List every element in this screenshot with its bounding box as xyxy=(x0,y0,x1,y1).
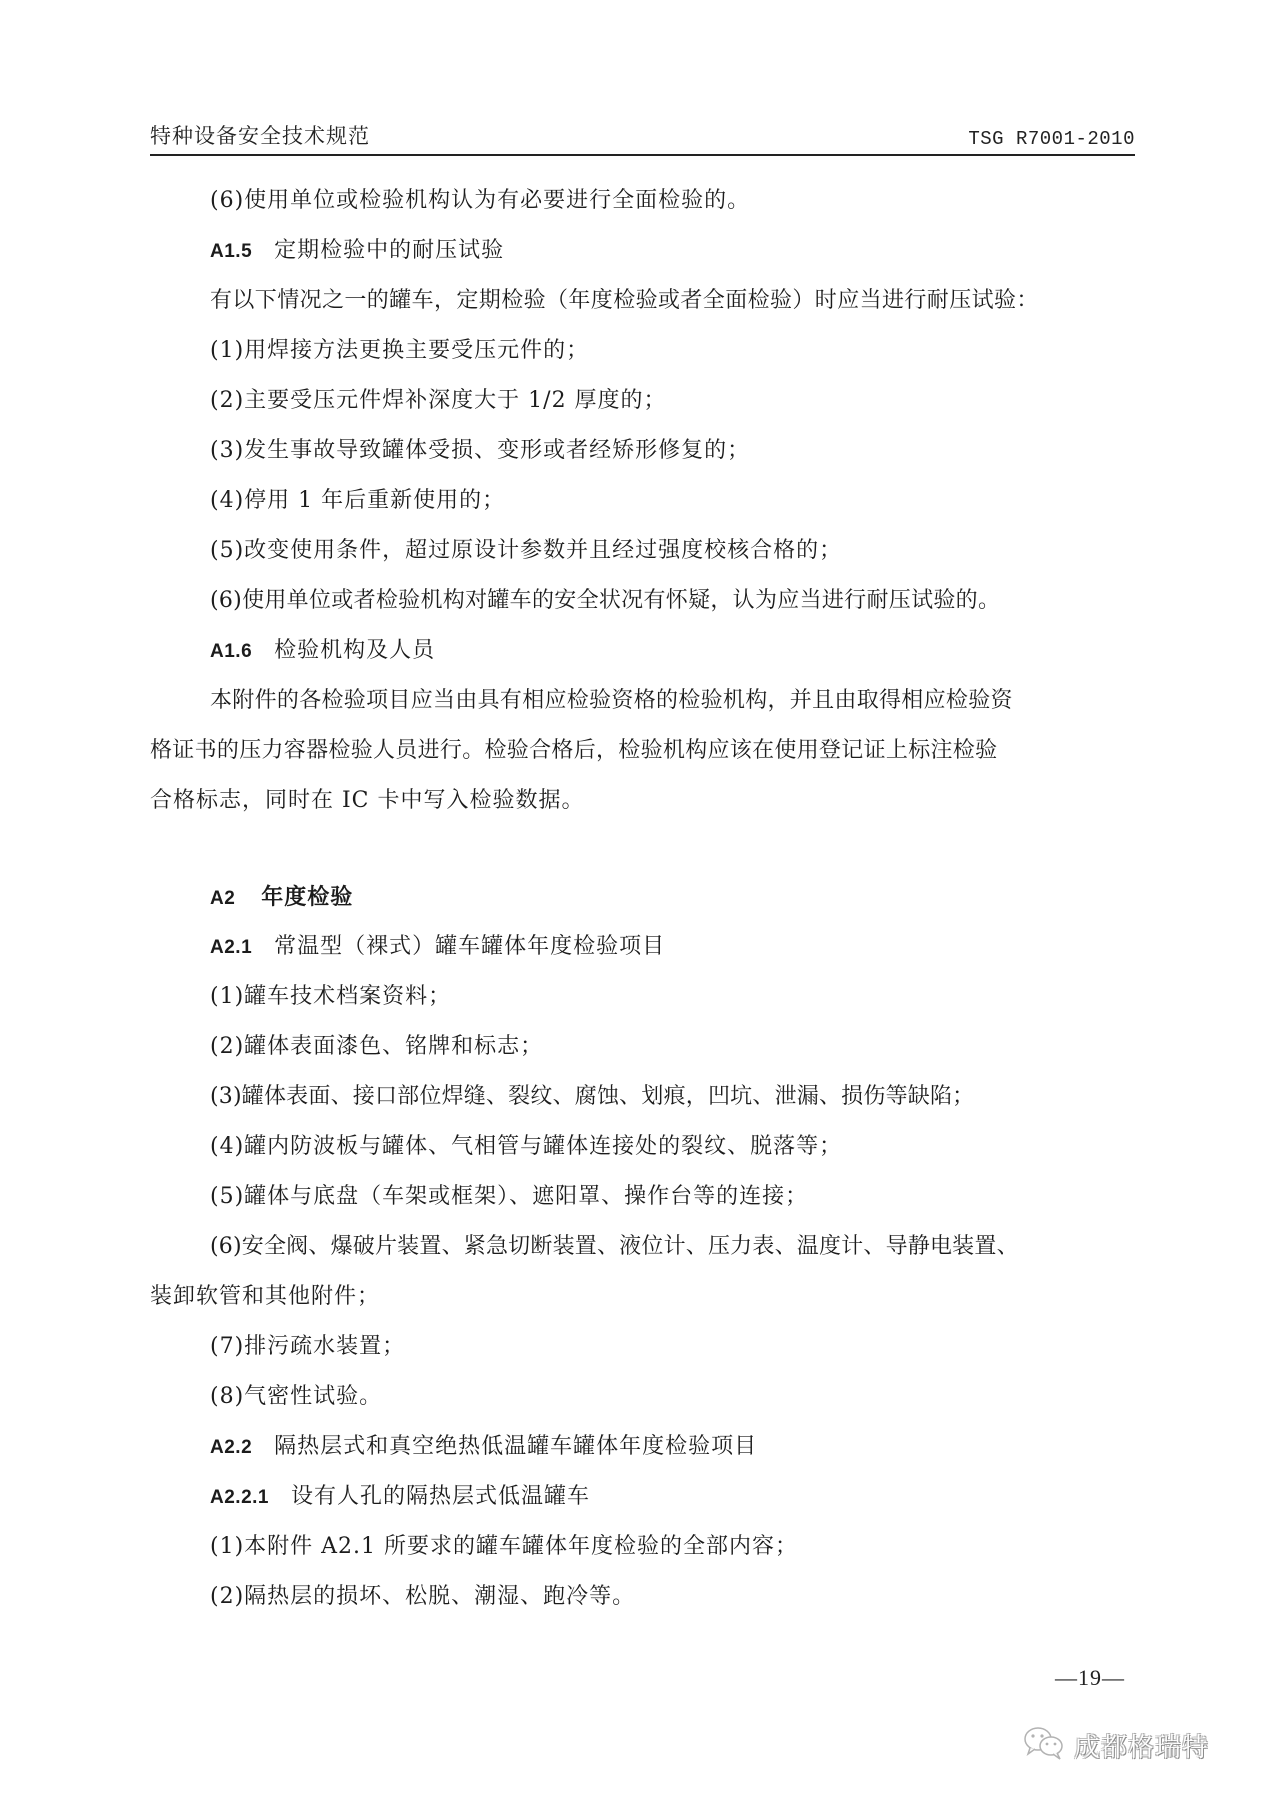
list-item: (1)用焊接方法更换主要受压元件的； xyxy=(150,326,1135,376)
list-item: (4)停用 1 年后重新使用的； xyxy=(150,476,1135,526)
list-item: (3)罐体表面、接口部位焊缝、裂纹、腐蚀、划痕，凹坑、泄漏、损伤等缺陷； xyxy=(150,1072,1135,1122)
section-title: 设有人孔的隔热层式低温罐车 xyxy=(291,1484,590,1509)
section-heading-a2-1: A2.1常温型（裸式）罐车罐体年度检验项目 xyxy=(150,922,1135,972)
section-title: 检验机构及人员 xyxy=(274,638,435,663)
paragraph-a1-6: 本附件的各检验项目应当由具有相应检验资格的检验机构，并且由取得相应检验资 格证书… xyxy=(150,676,1135,826)
section-heading-a1-5: A1.5定期检验中的耐压试验 xyxy=(150,226,1135,276)
list-item: (2)罐体表面漆色、铭牌和标志； xyxy=(150,1022,1135,1072)
page-body: (6)使用单位或检验机构认为有必要进行全面检验的。 A1.5定期检验中的耐压试验… xyxy=(150,176,1135,1622)
section-title: 年度检验 xyxy=(261,884,353,910)
list-item: (2)主要受压元件焊补深度大于 1/2 厚度的； xyxy=(150,376,1135,426)
list-item: (6)安全阀、爆破片装置、紧急切断装置、液位计、压力表、温度计、导静电装置、 xyxy=(150,1222,1135,1272)
list-item: (3)发生事故导致罐体受损、变形或者经矫形修复的； xyxy=(150,426,1135,476)
section-number: A1.5 xyxy=(210,227,252,277)
list-item: (6)使用单位或者检验机构对罐车的安全状况有怀疑，认为应当进行耐压试验的。 xyxy=(150,576,1135,626)
paragraph-line: 合格标志，同时在 IC 卡中写入检验数据。 xyxy=(150,776,1135,826)
section-title: 定期检验中的耐压试验 xyxy=(274,238,504,263)
paragraph-line: 格证书的压力容器检验人员进行。检验合格后，检验机构应该在使用登记证上标注检验 xyxy=(150,726,1135,776)
standard-code: TSG R7001-2010 xyxy=(968,128,1135,150)
section-title: 常温型（裸式）罐车罐体年度检验项目 xyxy=(274,934,665,959)
document-page: 特种设备安全技术规范 TSG R7001-2010 (6)使用单位或检验机构认为… xyxy=(0,0,1280,1810)
section-heading-a2-2: A2.2隔热层式和真空绝热低温罐车罐体年度检验项目 xyxy=(150,1422,1135,1472)
list-item: (8)气密性试验。 xyxy=(150,1372,1135,1422)
section-spacer xyxy=(150,826,1135,872)
section-number: A2.2.1 xyxy=(210,1473,269,1523)
watermark-text: 成都格瑞特 xyxy=(1074,1727,1209,1764)
page-number: —19— xyxy=(1055,1665,1125,1691)
section-title: 隔热层式和真空绝热低温罐车罐体年度检验项目 xyxy=(274,1434,757,1459)
section-heading-a2-2-1: A2.2.1设有人孔的隔热层式低温罐车 xyxy=(150,1472,1135,1522)
list-item-continuation: 装卸软管和其他附件； xyxy=(150,1272,1135,1322)
header-title: 特种设备安全技术规范 xyxy=(150,120,370,150)
section-number: A1.6 xyxy=(210,627,252,677)
list-item: (1)本附件 A2.1 所要求的罐车罐体年度检验的全部内容； xyxy=(150,1522,1135,1572)
section-number: A2.2 xyxy=(210,1423,252,1473)
page-header: 特种设备安全技术规范 TSG R7001-2010 xyxy=(150,120,1135,156)
list-item: (5)罐体与底盘（车架或框架）、遮阳罩、操作台等的连接； xyxy=(150,1172,1135,1222)
section-heading-a1-6: A1.6检验机构及人员 xyxy=(150,626,1135,676)
section-number: A2.1 xyxy=(210,923,252,973)
list-item: (5)改变使用条件，超过原设计参数并且经过强度校核合格的； xyxy=(150,526,1135,576)
list-item: (7)排污疏水装置； xyxy=(150,1322,1135,1372)
list-item: (1)罐车技术档案资料； xyxy=(150,972,1135,1022)
wechat-icon xyxy=(1022,1725,1066,1765)
section-intro: 有以下情况之一的罐车，定期检验（年度检验或者全面检验）时应当进行耐压试验： xyxy=(150,276,1135,326)
list-item: (6)使用单位或检验机构认为有必要进行全面检验的。 xyxy=(150,176,1135,226)
watermark: 成都格瑞特 xyxy=(1022,1725,1209,1765)
paragraph-line: 本附件的各检验项目应当由具有相应检验资格的检验机构，并且由取得相应检验资 xyxy=(150,676,1135,726)
list-item: (4)罐内防波板与罐体、气相管与罐体连接处的裂纹、脱落等； xyxy=(150,1122,1135,1172)
section-heading-a2: A2年度检验 xyxy=(150,872,1135,922)
section-number: A2 xyxy=(210,874,235,924)
list-item: (2)隔热层的损坏、松脱、潮湿、跑冷等。 xyxy=(150,1572,1135,1622)
